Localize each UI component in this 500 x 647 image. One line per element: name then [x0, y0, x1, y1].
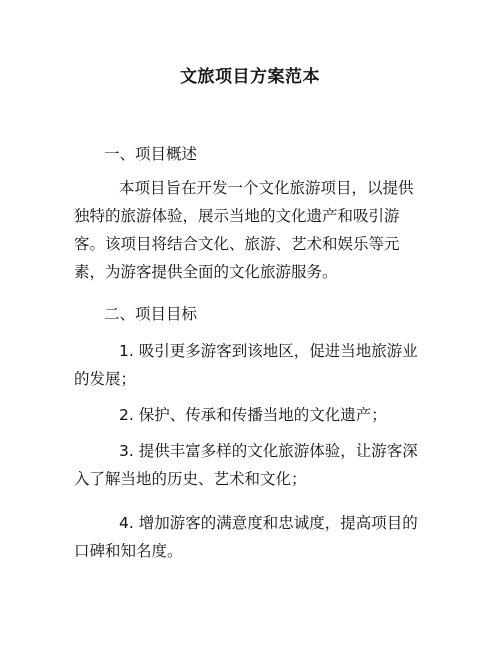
goal-item-3: 3. 提供丰富多样的文化旅游体验，让游客深入了解当地的历史、艺术和文化； [74, 437, 428, 493]
document-title: 文旅项目方案范本 [0, 62, 500, 87]
goal-item-4: 4. 增加游客的满意度和忠诚度，提高项目的口碑和知名度。 [74, 509, 428, 565]
overview-paragraph: 本项目旨在开发一个文化旅游项目，以提供独特的旅游体验，展示当地的文化遗产和吸引游… [74, 174, 428, 286]
goal-item-1: 1. 吸引更多游客到该地区，促进当地旅游业的发展； [74, 337, 428, 393]
section-heading-goals: 二、项目目标 [104, 302, 197, 324]
section-heading-overview: 一、项目概述 [104, 142, 197, 164]
document-page: 文旅项目方案范本 一、项目概述 本项目旨在开发一个文化旅游项目，以提供独特的旅游… [0, 0, 500, 647]
goal-item-2: 2. 保护、传承和传播当地的文化遗产； [74, 401, 428, 429]
